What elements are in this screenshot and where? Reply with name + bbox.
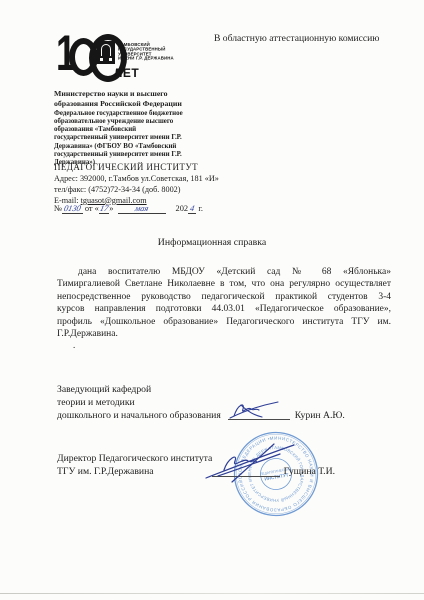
scan-dot-artifact: .	[73, 340, 75, 350]
body-line: курсов направления подготовки 44.03.01 «…	[57, 303, 391, 315]
ministry-block: Министерство науки и высшего образования…	[54, 89, 190, 167]
signature-row: дошкольного и начального образования Кур…	[57, 409, 345, 422]
institute-letterhead: ПЕДАГОГИЧЕСКИЙ ИНСТИТУТ Адрес: 392000, г…	[54, 162, 219, 206]
recipient-line: В областную аттестационную комиссию	[214, 33, 379, 44]
body-line: Тимиргалиевой Светлане Николаевне в том,…	[57, 278, 391, 290]
logo-years-label: ЛЕТ	[114, 66, 139, 80]
document-title: Информационная справка	[0, 237, 424, 248]
university-100-years-logo: 1 ТАМБОВСКИЙ ГОСУДАРСТВЕННЫЙ УНИВЕРСИТЕТ…	[56, 34, 176, 86]
close-quote: »	[109, 204, 115, 213]
logo-university-name: ТАМБОВСКИЙ ГОСУДАРСТВЕННЫЙ УНИВЕРСИТЕТ И…	[118, 43, 168, 61]
ref-number-handwritten: 0130	[63, 204, 82, 213]
signer-name: Гущина Т.И.	[284, 466, 335, 479]
body-line: Г.Р.Державина.	[57, 328, 391, 340]
logo-university-name-line: ИМЕНИ Г.Р. ДЕРЖАВИНА	[118, 57, 168, 62]
day-handwritten: 17	[99, 204, 109, 213]
signer-position-line: теории и методики	[57, 397, 345, 410]
scanned-letter-page: В областную аттестационную комиссию 1 ТА…	[0, 0, 424, 600]
number-sign: №	[54, 204, 62, 213]
year-suffix: г.	[196, 204, 203, 213]
emblem-dot	[100, 58, 103, 61]
signature-block-director: Директор Педагогического института ТГУ и…	[57, 453, 335, 479]
ministry-name: Министерство науки и высшего образования…	[54, 89, 183, 108]
signer-position-line: Директор Педагогического института	[57, 453, 335, 466]
university-building-emblem-icon	[97, 41, 115, 64]
signature-block-head-of-chair: Заведующий кафедрой теории и методики до…	[57, 384, 345, 422]
body-line: дана воспитателю МБДОУ «Детский сад № 68…	[57, 266, 391, 278]
signer-name: Курин А.Ю.	[295, 410, 345, 423]
signer-position-line: ТГУ им. Г.Р.Державина	[57, 466, 154, 479]
emblem-arch	[101, 44, 111, 56]
body-line: непосредственное руководство педагогичес…	[57, 291, 391, 303]
body-line: профиль «Дошкольное образование» Педагог…	[57, 316, 391, 328]
year-prefix: 202	[176, 204, 189, 213]
from-label: от «	[83, 204, 99, 213]
signer-position-line: Заведующий кафедрой	[57, 384, 345, 397]
year-digit-handwritten: 4	[189, 204, 195, 213]
institute-phone: тел/факс: (4752)72-34-34 (доб. 8002)	[54, 185, 219, 196]
institute-address: Адрес: 392000, г.Тамбов ул.Советская, 18…	[54, 174, 219, 185]
signature-line	[212, 466, 280, 477]
emblem-dot	[109, 58, 112, 61]
scan-edge-artifact	[0, 593, 424, 594]
signature-row: ТГУ им. Г.Р.Державина Гущина Т.И.	[57, 466, 335, 479]
body-paragraph: дана воспитателю МБДОУ «Детский сад № 68…	[57, 266, 391, 340]
reference-date-line: №0130 от «17» мая2024 г.	[54, 204, 203, 214]
signature-line	[228, 409, 290, 420]
month-handwritten: мая	[134, 204, 149, 213]
institute-name: ПЕДАГОГИЧЕСКИЙ ИНСТИТУТ	[54, 162, 219, 172]
founder-name: Федеральное государственное бюджетное об…	[54, 110, 190, 167]
signer-position-line: дошкольного и начального образования	[57, 410, 221, 423]
